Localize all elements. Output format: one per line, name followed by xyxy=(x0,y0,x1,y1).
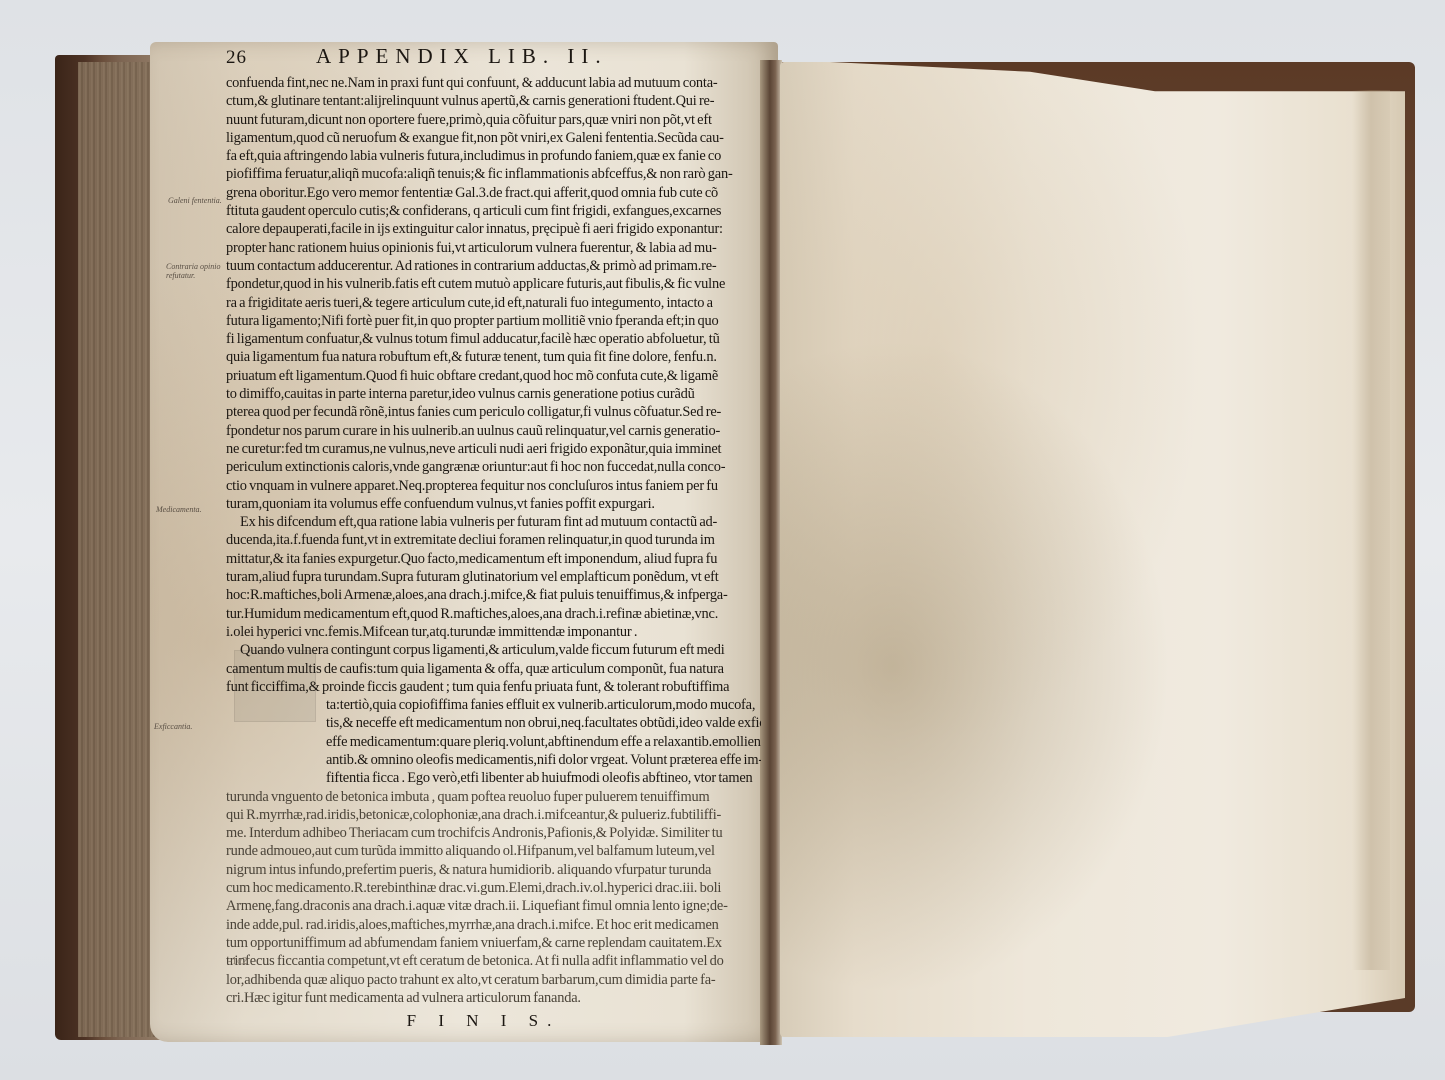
right-page-fold-shadow xyxy=(1352,90,1390,970)
text-line: mittatur,& ita fanies expurgetur.Quo fac… xyxy=(226,550,761,568)
text-line: nigrum intus infundo,prefertim pueris, &… xyxy=(226,861,761,879)
finis-colophon: F I N I S. xyxy=(226,1011,761,1031)
text-line: fiftentia ficca . Ego verò,etfi libenter… xyxy=(226,769,761,787)
text-line: ra a frigiditate aeris tueri,& tegere ar… xyxy=(226,294,761,312)
text-line: to dimiffo,cauitas in parte interna pare… xyxy=(226,385,761,403)
text-line: camentum multis de caufis:tum quia ligam… xyxy=(226,660,761,678)
text-line: fpondetur nos parum curare in his uulner… xyxy=(226,422,761,440)
margin-note: Exficcantia. xyxy=(154,722,212,731)
text-line: propter hanc rationem huius opinionis fu… xyxy=(226,239,761,257)
text-line: grena oboritur.Ego vero memor fententiæ … xyxy=(226,184,761,202)
text-line: funt ficciffima,& proinde ficcis gaudent… xyxy=(226,678,761,696)
text-line: quia ligamentum fua natura robuftum eft,… xyxy=(226,348,761,366)
text-line: trinfecus ficcantia competunt,vt eft cer… xyxy=(226,952,761,970)
text-line: ta:tertiò,quia copiofiffima fanies efflu… xyxy=(226,696,761,714)
text-line: calore depauperati,facile in ijs extingu… xyxy=(226,220,761,238)
text-line: antib.& omnino oleofis medicamentis,nifi… xyxy=(226,751,761,769)
text-line: turam,quoniam ita volumus effe confuendu… xyxy=(226,495,761,513)
text-line: ctio vnquam in vulnere apparet.Neq.propt… xyxy=(226,477,761,495)
text-line: piofiffima feruatur,aliqñ mucofa:aliqñ t… xyxy=(226,165,761,183)
text-line: cum hoc medicamento.R.terebinthinæ drac.… xyxy=(226,879,761,897)
text-line: fa eft,quia aftringendo labia vulneris f… xyxy=(226,147,761,165)
text-line: ducenda,ita.f.fuenda funt,vt in extremit… xyxy=(226,531,761,549)
text-line: fi ligamentum confuatur,& vulnus totum f… xyxy=(226,330,761,348)
photo-scene: Galeni fententia. Contraria opinio refut… xyxy=(0,0,1445,1080)
text-line: nuunt futuram,dicunt non oportere fuere,… xyxy=(226,111,761,129)
text-line: ligamentum,quod cũ neruofum & exangue fi… xyxy=(226,129,761,147)
text-line: qui R.myrrhæ,rad.iridis,betonicæ,colopho… xyxy=(226,806,761,824)
text-line: turunda vnguento de betonica imbuta , qu… xyxy=(226,788,761,806)
left-page-text: 26 APPENDIX LIB. II. confuenda fint,nec … xyxy=(226,44,761,1031)
text-line: ftituta gaudent operculo cutis;& confide… xyxy=(226,202,761,220)
margin-note: Medicamenta. xyxy=(156,505,214,514)
page-number: 26 xyxy=(226,47,316,69)
text-line: effe medicamentum:quare pleriq.volunt,ab… xyxy=(226,733,761,751)
text-line: cri.Hæc igitur funt medicamenta ad vulne… xyxy=(226,989,761,1007)
text-line: ne curetur:fed tm curamus,ne vulnus,neve… xyxy=(226,440,761,458)
margin-note: Contraria opinio refutatur. xyxy=(166,262,224,280)
signature-mark: -1c2 xyxy=(228,955,248,967)
text-line: tum opportuniffimum ad abfumendam faniem… xyxy=(226,934,761,952)
text-line: ctum,& glutinare tentant:alijrelinquunt … xyxy=(226,92,761,110)
text-line: hoc:R.maftiches,boli Armenæ,aloes,ana dr… xyxy=(226,586,761,604)
text-line: runde admoueo,aut cum turũda immitto ali… xyxy=(226,842,761,860)
running-head: 26 APPENDIX LIB. II. xyxy=(226,44,761,74)
text-line: Quando vulnera contingunt corpus ligamen… xyxy=(226,641,761,659)
text-line: tuum contactum adducerentur. Ad rationes… xyxy=(226,257,761,275)
text-line: priuatum eft ligamentum.Quod fi huic obf… xyxy=(226,367,761,385)
text-line: tis,& neceffe eft medicamentum non obrui… xyxy=(226,714,761,732)
text-line: pterea quod per fecundã rõnẽ,intus fanie… xyxy=(226,403,761,421)
text-line: me. Interdum adhibeo Theriacam cum troch… xyxy=(226,824,761,842)
text-line: Armenę,fang.draconis ana drach.i.aquæ vi… xyxy=(226,897,761,915)
text-line: i.olei hyperici vnc.femis.Mifcean tur,at… xyxy=(226,623,761,641)
body-text: confuenda fint,nec ne.Nam in praxi funt … xyxy=(226,74,761,1007)
right-page-blank-endpaper xyxy=(780,62,1405,1037)
text-line: confuenda fint,nec ne.Nam in praxi funt … xyxy=(226,74,761,92)
text-line: turam,aliud fupra turundam.Supra futuram… xyxy=(226,568,761,586)
book-gutter xyxy=(760,60,782,1045)
margin-note: Galeni fententia. xyxy=(168,196,226,205)
text-line: inde adde,pul. rad.iridis,aloes,maftiche… xyxy=(226,916,761,934)
text-line: futura ligamento;Nifi fortè puer fit,in … xyxy=(226,312,761,330)
text-line: fpondetur,quod in his vulnerib.fatis eft… xyxy=(226,275,761,293)
text-line: Ex his difcendum eft,qua ratione labia v… xyxy=(226,513,761,531)
running-head-title: APPENDIX LIB. II. xyxy=(316,44,608,69)
text-line: lor,adhibenda quæ aliquo pacto trahunt e… xyxy=(226,971,761,989)
text-line: periculum extinctionis caloris,vnde gang… xyxy=(226,458,761,476)
text-line: tur.Humidum medicamentum eft,quod R.maft… xyxy=(226,605,761,623)
